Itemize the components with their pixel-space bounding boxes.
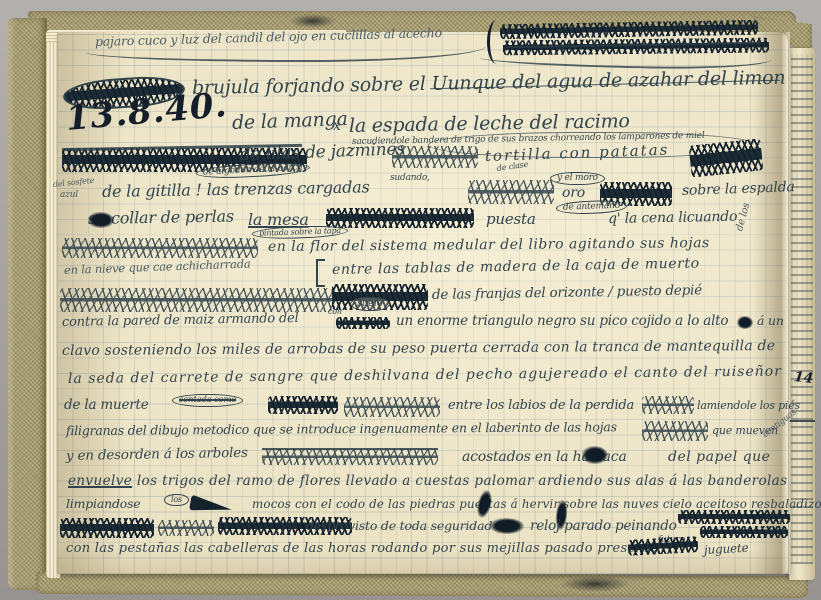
handwriting-envuelve-resto: los trigos del ramo de flores llevado a … (132, 473, 787, 489)
ink-blob-small-2 (490, 518, 524, 534)
circled-note-sentada: sentada como (172, 394, 243, 407)
interline-con: con (328, 308, 342, 316)
strike-line-mid (262, 448, 438, 450)
ink-blob-hamaca (582, 446, 608, 464)
page-crease (752, 32, 790, 574)
scribble-wavy-1 (62, 238, 258, 258)
handwriting-pared: contra la pared de maiz armando del (62, 312, 299, 329)
handwriting-lamiendole: lamiendole los piés (697, 400, 800, 411)
scribble-word-strike-1 (336, 317, 390, 329)
handwriting-limpiandose: limpiandose (66, 498, 141, 511)
handwriting-cena: q' la cena licuando (608, 210, 737, 226)
scribble-bottom-2 (158, 520, 214, 536)
handwriting-desprovisto: desprovisto de toda seguridad (306, 520, 492, 533)
binding-cloth-spine (8, 18, 47, 590)
handwriting-muerte: de la muerte (64, 399, 149, 413)
ink-blob-su (88, 212, 114, 228)
handwriting-gitilla: de la gitilla ! las trenzas cargadas (102, 179, 370, 200)
ink-blob-small-1 (737, 316, 753, 329)
handwriting-papel: del papel que (668, 450, 770, 464)
scribble-mid-5 (268, 396, 338, 414)
handwriting-triangulo: un enorme triangulo negro su pico cojido… (396, 315, 728, 329)
handwriting-puesta: puesta (486, 212, 536, 227)
interline-sudando: sudando, (390, 174, 430, 183)
handwriting-pestanas: con las pestañas las cabelleras de las h… (66, 542, 658, 555)
handwriting-envuelve-word: envuelve (68, 473, 132, 489)
handwriting-aun: á un (757, 315, 784, 328)
scribble-mid-1 (392, 146, 478, 168)
handwriting-manga: de la manga (232, 110, 348, 133)
handwriting-desorden: y en desorden á los arboles (66, 447, 248, 464)
ink-smudge-top (290, 14, 336, 28)
binding-cloth-bottom (36, 572, 808, 598)
handwriting-labios: entre los labios de la perdida (448, 399, 634, 412)
ink-smudge-cover (560, 576, 630, 592)
handwriting-flor: en la flor del sistema medular del libro… (268, 236, 710, 254)
margin-note-azul: azul (60, 191, 78, 200)
scribble-bottom-5 (700, 526, 788, 538)
scribble-bottom-1 (60, 518, 154, 538)
scribble-mid-2 (468, 180, 554, 204)
bracket-mark-1 (316, 259, 325, 287)
scribble-zigzag-long (60, 288, 332, 312)
scribble-mid-4 (326, 208, 474, 228)
handwriting-tacha-x: x (333, 119, 341, 133)
handwriting-juguete: juguete (704, 542, 749, 556)
handwriting-reloj: reloj parado peinando (530, 520, 677, 534)
scribble-mid-7 (642, 396, 694, 414)
handwriting-oro: oro (562, 186, 585, 200)
scribble-mid-6 (344, 397, 440, 417)
scribble-bottom-4 (678, 510, 790, 524)
handwriting-envuelve: envuelve los trigos del ramo de flores l… (68, 475, 787, 489)
neighbor-page-rule (789, 420, 815, 422)
scribble-mid-8 (642, 421, 708, 441)
neighbor-page-writing (791, 54, 813, 564)
circled-note-yelmoro: y el moro (550, 172, 605, 185)
scribble-strike-words (262, 449, 438, 465)
notebook-photo: 14 pajaro cuco y luz del candil del ojo … (0, 0, 821, 600)
circled-note-suelo: suelo (350, 297, 390, 311)
handwriting-espalda: sobre la espalda (682, 180, 795, 198)
circled-note-los: los (164, 494, 189, 506)
neighbor-page-number: 14 (793, 370, 813, 386)
